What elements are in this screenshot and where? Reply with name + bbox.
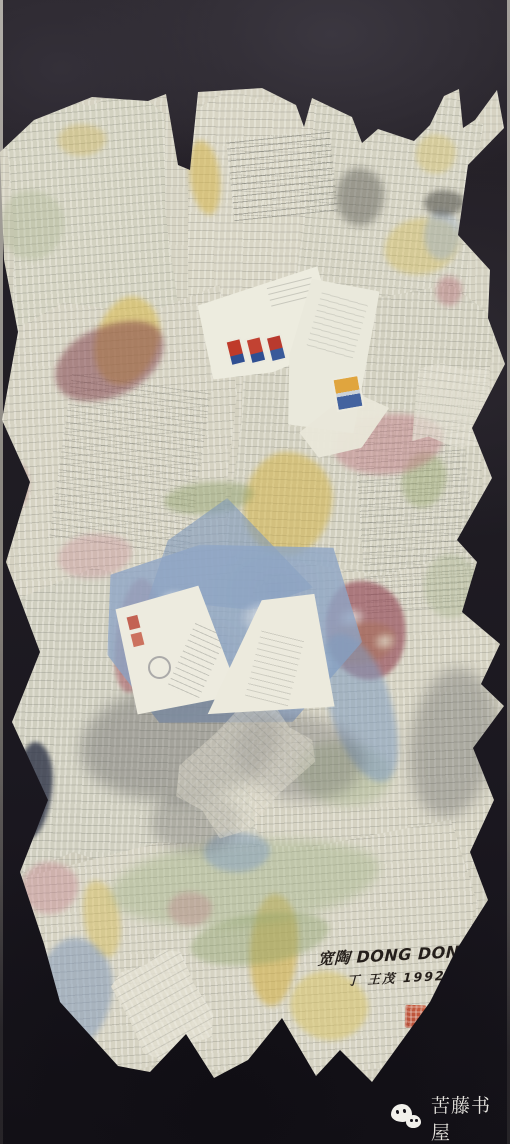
yellow-wash xyxy=(239,448,337,561)
envelope-middle-right xyxy=(205,590,340,718)
artist-signature: 宽陶 DONG DONG 丁 王茂 1992 xyxy=(317,937,495,990)
yellow-wash xyxy=(416,134,456,174)
paper-fragment xyxy=(105,943,223,1069)
yellow-wash xyxy=(323,617,398,668)
red-stain xyxy=(0,462,28,510)
postage-stamp-red xyxy=(244,335,267,365)
green-wash xyxy=(187,905,333,974)
postage-stamp-red xyxy=(265,333,288,363)
postmark-circle-icon xyxy=(148,656,171,679)
ink-smudge xyxy=(150,792,240,852)
green-wash xyxy=(292,736,396,813)
ink-smudge xyxy=(424,190,464,216)
green-wash xyxy=(397,449,450,512)
pink-stain xyxy=(436,276,462,306)
stamp-trace xyxy=(127,615,141,630)
ink-smudge xyxy=(336,168,384,226)
pink-wash xyxy=(56,530,134,581)
yellow-wash xyxy=(247,893,301,1007)
green-wash xyxy=(163,478,255,518)
green-wash xyxy=(424,554,478,618)
maroon-stain xyxy=(43,305,177,416)
green-wash xyxy=(0,190,64,260)
address-handwriting xyxy=(306,289,369,360)
wechat-icon xyxy=(391,1104,424,1132)
yellow-wash xyxy=(185,138,225,216)
yellow-wash xyxy=(379,211,465,282)
yellow-wash xyxy=(78,877,127,960)
watermark: 苦藤书屋 xyxy=(391,1103,510,1133)
dense-handwriting-block xyxy=(49,371,211,559)
yellow-wash xyxy=(58,124,106,156)
wechat-bubble-small xyxy=(406,1115,421,1128)
postage-stamp-red xyxy=(224,337,247,367)
watermark-text: 苦藤书屋 xyxy=(431,1091,510,1144)
crimson-marbling xyxy=(316,573,415,687)
torn-letter-collage: 宽陶 DONG DONG 丁 王茂 1992 xyxy=(0,0,510,1144)
green-wash xyxy=(107,828,383,936)
pink-wash xyxy=(168,892,212,926)
paper-piece xyxy=(0,87,183,378)
signature-line-1: 宽陶 DONG DONG xyxy=(317,937,494,969)
address-handwriting xyxy=(245,628,305,707)
pink-wash xyxy=(22,862,78,914)
ink-smudge xyxy=(400,663,506,824)
address-handwriting xyxy=(166,620,227,701)
yellow-wash xyxy=(85,289,169,393)
blue-wash xyxy=(30,934,117,1051)
paper-fragment xyxy=(409,357,494,450)
ink-smudge xyxy=(226,701,371,812)
signature-line-2: 丁 王茂 1992 xyxy=(346,963,494,989)
blue-wash xyxy=(204,832,270,872)
blue-wash xyxy=(424,210,460,260)
artwork-photo: 宽陶 DONG DONG 丁 王茂 1992 苦藤书屋 xyxy=(0,0,510,1144)
dense-handwriting-block xyxy=(354,416,477,613)
navy-blob xyxy=(10,741,56,840)
artist-seal-stamp xyxy=(405,1005,427,1029)
dense-handwriting-block xyxy=(226,129,338,221)
postage-stamp-multicolor xyxy=(331,374,364,412)
stamp-trace xyxy=(131,632,145,647)
